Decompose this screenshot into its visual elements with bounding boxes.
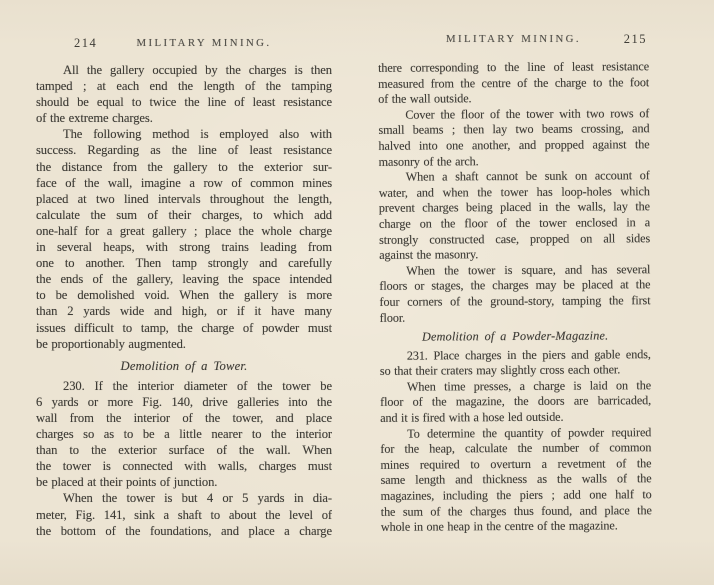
text-line: be proportionably augmented. bbox=[36, 336, 332, 352]
text-line: 231. Place charges in the piers and gabl… bbox=[380, 347, 651, 364]
text-line: four corners of the ground-story, tampin… bbox=[379, 293, 650, 310]
text-line: than to the exterior surface of the wall… bbox=[36, 442, 332, 458]
text-line: in several heaps, with strong trains lea… bbox=[36, 239, 332, 255]
section-heading: Demolition of a Powder-Magazine. bbox=[380, 328, 651, 345]
page-header-left: 214 MILITARY MINING. bbox=[36, 36, 332, 52]
text-line: the sum of the charges thus found, and p… bbox=[381, 503, 652, 520]
text-line: so that their craters may slightly cross… bbox=[380, 362, 651, 379]
text-line: measured from the centre of the charge t… bbox=[378, 75, 649, 92]
text-line: to be demolished void. When the gallery … bbox=[36, 287, 332, 303]
text-line: placed at two lined intervals throughout… bbox=[36, 191, 332, 207]
text-line: To determine the quantity of powder requ… bbox=[380, 425, 651, 442]
text-line: for the heap, calculate the number of co… bbox=[380, 440, 651, 457]
text-line: small beams ; then lay two beams crossin… bbox=[378, 122, 649, 139]
text-line: be placed at their points of junction. bbox=[36, 474, 332, 490]
page-number-left: 214 bbox=[74, 36, 97, 51]
text-line: the distance from the gallery to the ext… bbox=[36, 159, 332, 175]
text-line: All the gallery occupied by the charges … bbox=[36, 62, 332, 78]
text-line: wall from the interior of the tower, and… bbox=[36, 410, 332, 426]
text-line: should be equal to twice the line of lea… bbox=[36, 94, 332, 110]
text-line: face of the wall, imagine a row of commo… bbox=[36, 175, 332, 191]
text-line: charges so as to be a little nearer to t… bbox=[36, 426, 332, 442]
text-line: The following method is employed also wi… bbox=[36, 126, 332, 142]
text-line: floors or stages, the charges may be pla… bbox=[379, 277, 650, 294]
text-line: water, and when the tower has loop-holes… bbox=[379, 184, 650, 201]
text-line: of the wall outside. bbox=[378, 90, 649, 107]
text-line: masonry of the arch. bbox=[379, 153, 650, 170]
text-line: of the extreme charges. bbox=[36, 110, 332, 126]
text-line: strongly constructed case, propped on al… bbox=[379, 231, 650, 248]
text-line: 230. If the interior diameter of the tow… bbox=[36, 378, 332, 394]
text-line: 6 yards or more Fig. 140, drive gallerie… bbox=[36, 394, 332, 410]
text-line: When time presses, a charge is laid on t… bbox=[380, 378, 651, 395]
page-right: MILITARY MINING. 215 there corresponding… bbox=[378, 32, 649, 535]
text-line: halved into one another, and propped aga… bbox=[378, 137, 649, 154]
text-line: whole in one heap in the centre of the m… bbox=[381, 518, 652, 535]
text-line: tamped ; at each end the length of the t… bbox=[36, 78, 332, 94]
running-title-right: MILITARY MINING. bbox=[446, 33, 581, 45]
section-heading: Demolition of a Tower. bbox=[36, 358, 332, 374]
text-line: success. Regarding as the line of least … bbox=[36, 142, 332, 158]
running-title-left: MILITARY MINING. bbox=[137, 37, 272, 49]
text-line: the ends of the gallery, leaving the spa… bbox=[36, 271, 332, 287]
text-line: the bottom of the foundations, and place… bbox=[36, 523, 332, 539]
page-header-right: MILITARY MINING. 215 bbox=[378, 32, 649, 48]
text-line: magazines, including the piers ; add one… bbox=[381, 487, 652, 504]
text-line: Cover the floor of the tower with two ro… bbox=[378, 106, 649, 123]
page-left: 214 MILITARY MINING. All the gallery occ… bbox=[36, 36, 332, 539]
text-line: than 2 yards wide and high, or if it hav… bbox=[36, 303, 332, 319]
text-line: floor. bbox=[380, 309, 651, 326]
text-line: the tower is connected with walls, charg… bbox=[36, 458, 332, 474]
text-line: there corresponding to the line of least… bbox=[378, 59, 649, 76]
text-line: When the tower is but 4 or 5 yards in di… bbox=[36, 490, 332, 506]
text-line: When a shaft cannot be sunk on account o… bbox=[379, 168, 650, 185]
text-line: meter, Fig. 141, sink a shaft to about t… bbox=[36, 507, 332, 523]
text-line: one-half for a great gallery ; place the… bbox=[36, 223, 332, 239]
text-line: one to another. Then tamp strongly and c… bbox=[36, 255, 332, 271]
text-line: same length and thickness as the walls o… bbox=[381, 472, 652, 489]
text-line: prevent charges being placed in the wall… bbox=[379, 200, 650, 217]
text-line: charge on the floor of the tower enclose… bbox=[379, 215, 650, 232]
text-line: mines required to overturn a revetment o… bbox=[380, 456, 651, 473]
text-line: When the tower is square, and has severa… bbox=[379, 262, 650, 279]
text-line: calculate the sum of their charges, to w… bbox=[36, 207, 332, 223]
text-line: issues difficult to tamp, the charge of … bbox=[36, 320, 332, 336]
text-line: and it is fired with a hose led outside. bbox=[380, 409, 651, 426]
text-line: against the masonry. bbox=[379, 246, 650, 263]
text-line: floor of the magazine, the doors are bar… bbox=[380, 394, 651, 411]
page-body-left: All the gallery occupied by the charges … bbox=[36, 62, 332, 539]
page-body-right: there corresponding to the line of least… bbox=[378, 59, 652, 535]
page-number-right: 215 bbox=[624, 32, 647, 47]
